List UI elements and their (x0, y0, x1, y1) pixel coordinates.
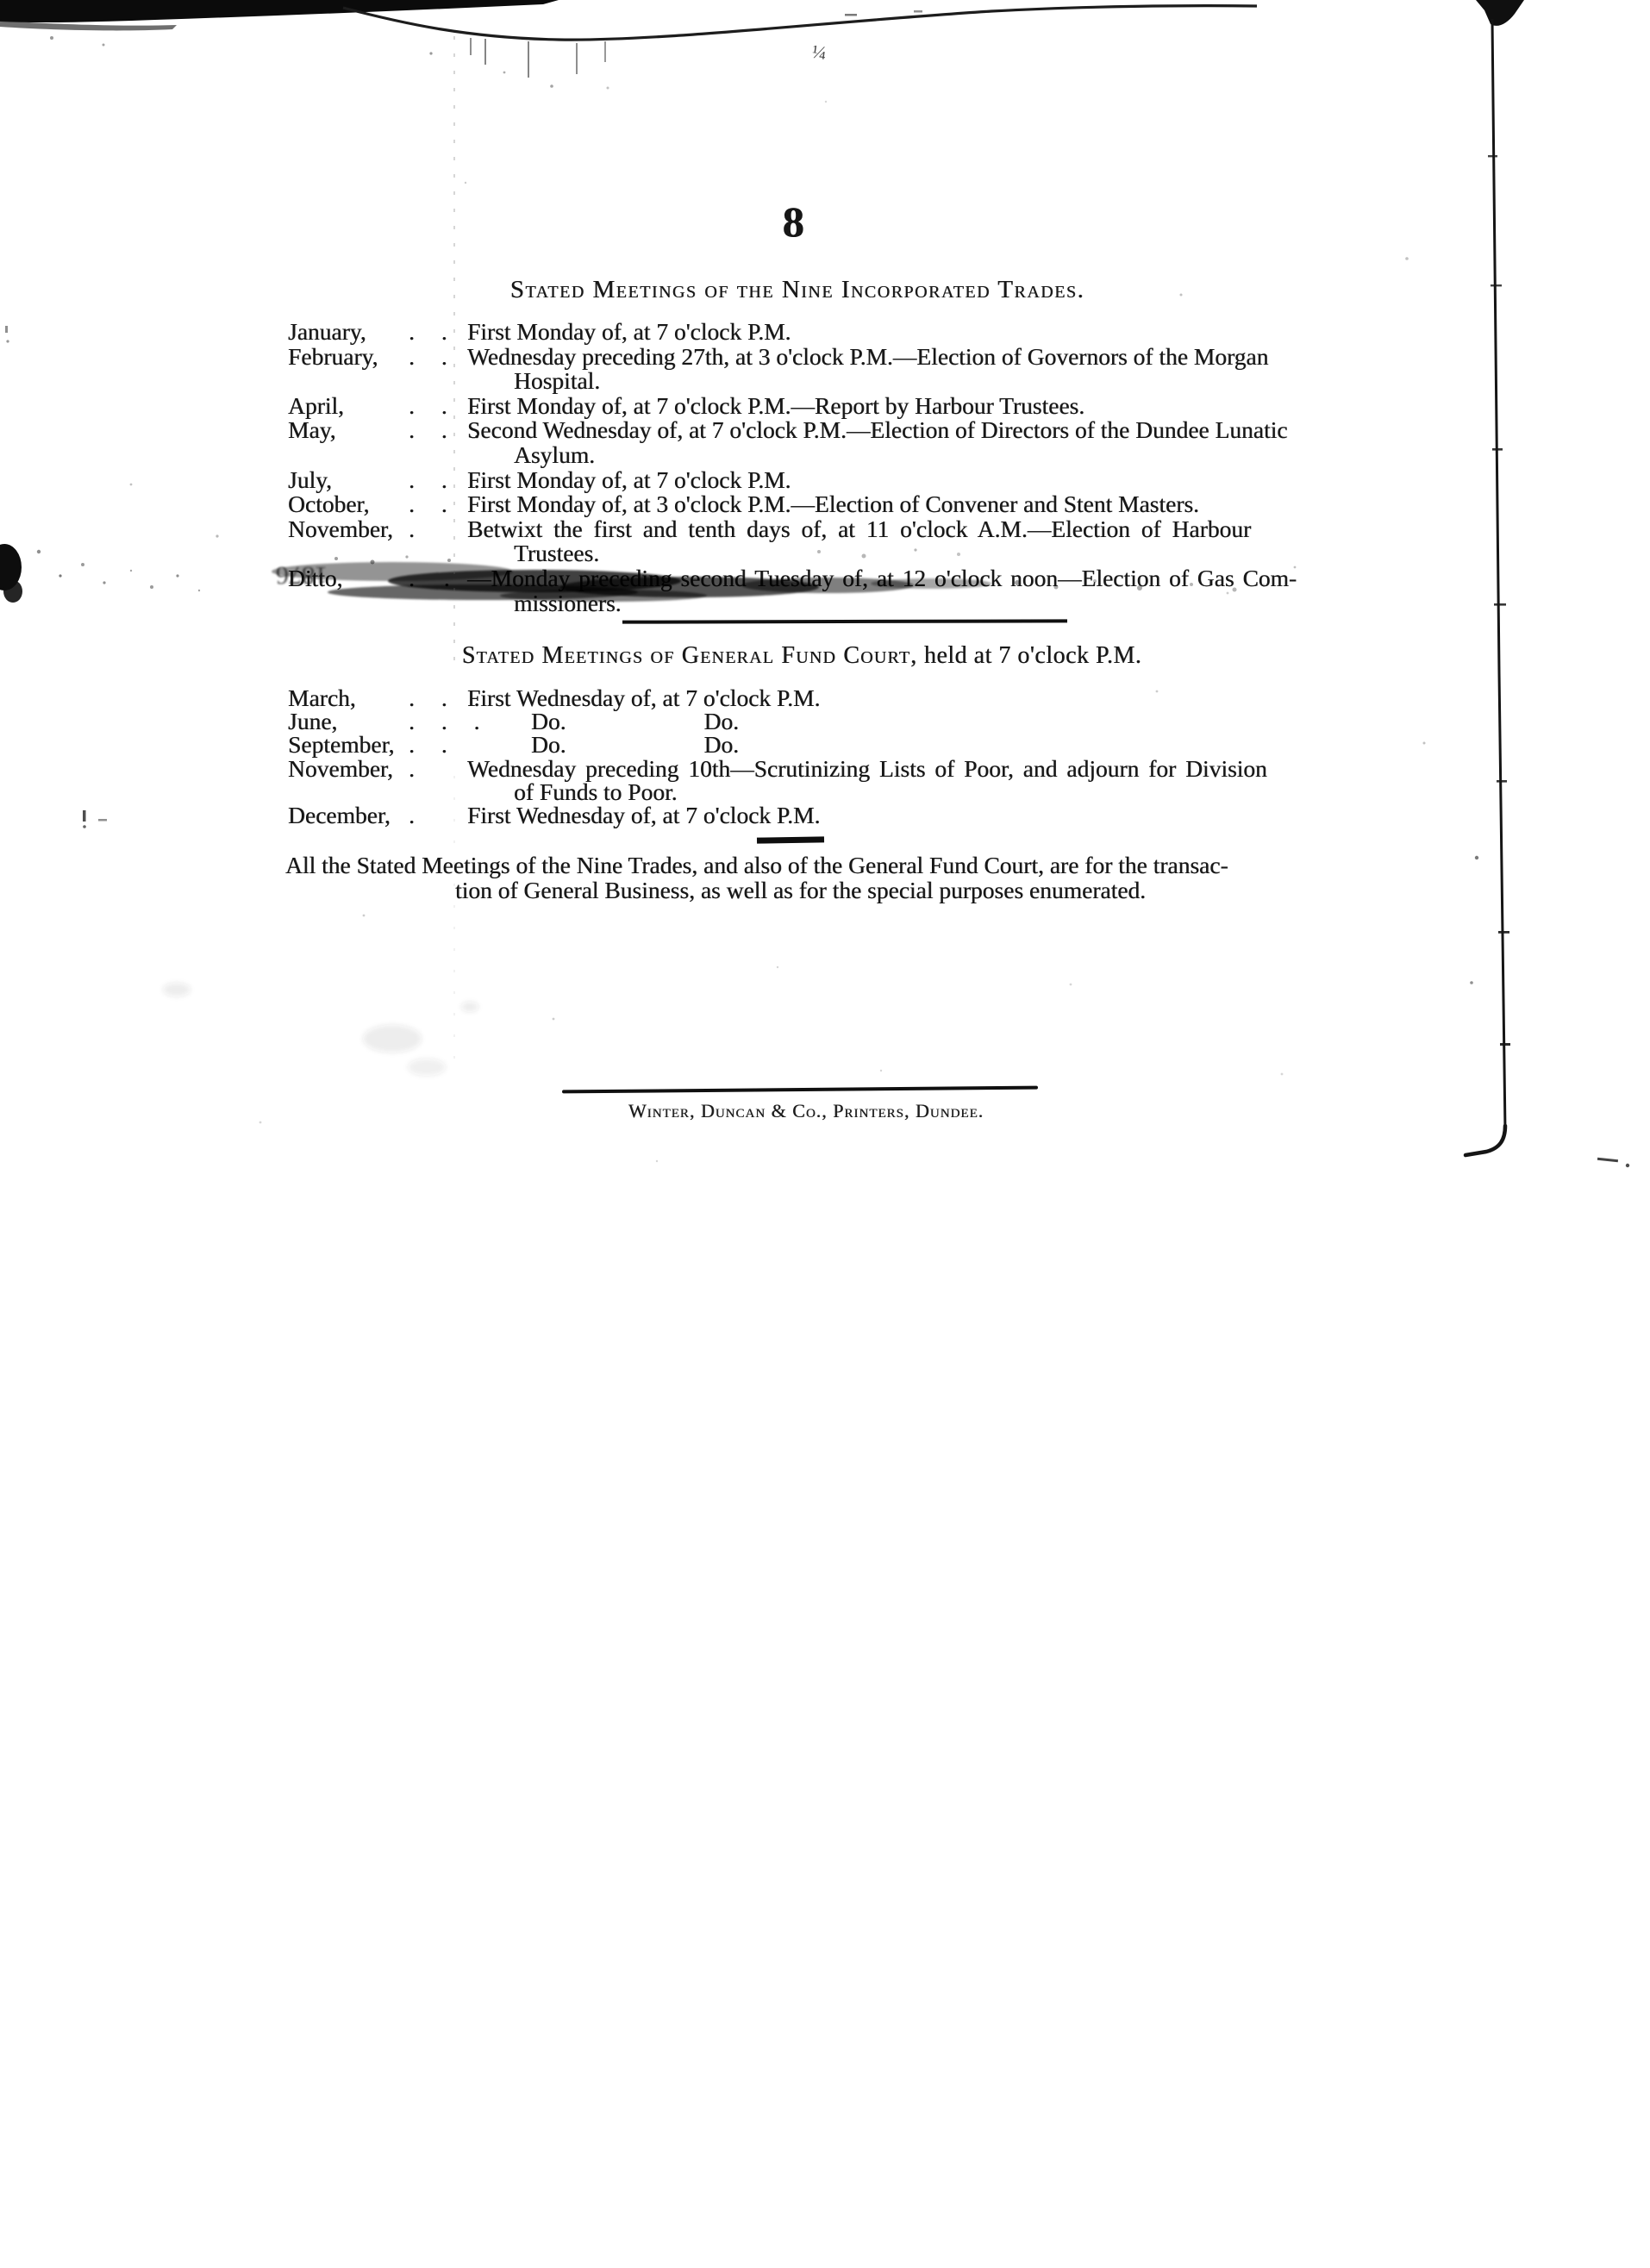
handwritten-mark: ¼ (810, 41, 828, 65)
page-number: 8 (759, 197, 828, 247)
month-label: June, (288, 709, 409, 733)
month-label: December, (288, 803, 409, 827)
continuation-line: Trustees. (288, 541, 1409, 566)
leader-dots: . . (409, 733, 467, 756)
month-label: January, (288, 320, 409, 345)
table-row: November,.Betwixt the first and tenth da… (288, 517, 1409, 542)
month-label: April, (288, 394, 409, 419)
leader-dots: . . (409, 320, 467, 345)
meeting-description: First Monday of, at 7 o'clock P.M. (467, 318, 791, 345)
table-row: April,. . .First Monday of, at 7 o'clock… (288, 394, 1409, 419)
leader-dots: . . . (409, 468, 467, 493)
closing-paragraph-line2: tion of General Business, as well as for… (285, 877, 1316, 904)
month-label: November, (288, 757, 409, 780)
month-label: February, (288, 345, 409, 370)
table-row: February,. .Wednesday preceding 27th, at… (288, 345, 1409, 370)
table-row: Ditto,. .—Monday preceding second Tuesda… (288, 566, 1409, 591)
table-row: September,. .Do.Do. (288, 733, 1409, 756)
meeting-description: First Monday of, at 3 o'clock P.M.—Elect… (467, 490, 1199, 517)
leader-dots: . . (409, 345, 467, 370)
leader-dots: . . . (409, 709, 467, 733)
table-row: October,. .First Monday of, at 3 o'clock… (288, 492, 1409, 517)
meeting-description: Wednesday preceding 10th—Scrutinizing Li… (467, 755, 1267, 782)
scan-artifact-margin-marks (83, 810, 107, 828)
meeting-description: Wednesday preceding 27th, at 3 o'clock P… (467, 343, 1268, 370)
section2-title: Stated Meetings of General Fund Court, h… (345, 642, 1259, 670)
month-label: November, (288, 517, 409, 542)
leader-dots: . . (409, 492, 467, 517)
continuation-text: Trustees. (514, 540, 599, 566)
table-row: June,. . .Do.Do. (288, 709, 1409, 733)
month-label: May, (288, 418, 409, 443)
printer-rule (562, 1086, 1038, 1094)
month-label: July, (288, 468, 409, 493)
fund-court-table: March,. . .First Wednesday of, at 7 o'cl… (288, 686, 1409, 827)
continuation-text: Asylum. (514, 441, 595, 468)
month-label: Ditto, (288, 566, 409, 591)
closing-paragraph-line1: All the Stated Meetings of the Nine Trad… (285, 852, 1228, 879)
table-row: November,.Wednesday preceding 10th—Scrut… (288, 757, 1409, 780)
meeting-description: Second Wednesday of, at 7 o'clock P.M.—E… (467, 416, 1288, 443)
section2-title-caps: Stated Meetings of General Fund Court, (462, 642, 918, 669)
leader-dots: . . . (409, 394, 467, 419)
table-row: March,. . .First Wednesday of, at 7 o'cl… (288, 686, 1409, 709)
leader-dots: . (409, 517, 467, 542)
section1-title: Stated Meetings of the Nine Incorporated… (345, 276, 1250, 304)
continuation-line: of Funds to Poor. (288, 780, 1409, 803)
continuation-text: Hospital. (514, 367, 600, 394)
scan-artifact-top-edge (0, 0, 1257, 88)
scan-artifact-right-crease (1466, 0, 1524, 1155)
meeting-description: First Monday of, at 7 o'clock P.M. (467, 466, 791, 493)
scan-artifact-left-blob (0, 326, 200, 603)
trades-meetings-table: January,. .First Monday of, at 7 o'clock… (288, 320, 1409, 615)
scan-artifact-specks (130, 87, 1426, 1163)
month-label: March, (288, 686, 409, 709)
leader-dots: . (409, 757, 467, 780)
meeting-description: First Wednesday of, at 7 o'clock P.M. (467, 802, 820, 828)
scan-artifact-underline (757, 836, 824, 843)
table-row: May,. . .Second Wednesday of, at 7 o'clo… (288, 418, 1409, 443)
table-row: December,.First Wednesday of, at 7 o'clo… (288, 803, 1409, 827)
scan-artifact-bottom-right-marks (1597, 1158, 1629, 1167)
section2-title-suffix: held at 7 o'clock P.M. (917, 642, 1141, 669)
table-row: July,. . .First Monday of, at 7 o'clock … (288, 468, 1409, 493)
month-label: October, (288, 492, 409, 517)
scanned-document-page: 1876 (0, 0, 1650, 2268)
meeting-description: —Monday preceding second Tuesday of, at … (467, 565, 1297, 591)
continuation-text: missioners. (514, 590, 622, 616)
printer-imprint: Winter, Duncan & Co., Printers, Dundee. (517, 1100, 1095, 1122)
continuation-line: Asylum. (288, 443, 1409, 468)
continuation-line: missioners. (288, 591, 1409, 616)
meeting-description: First Monday of, at 7 o'clock P.M.—Repor… (467, 392, 1084, 419)
table-row: January,. .First Monday of, at 7 o'clock… (288, 320, 1409, 345)
leader-dots: . (409, 803, 467, 827)
month-label: September, (288, 733, 409, 756)
continuation-line: Hospital. (288, 369, 1409, 394)
leader-dots: . . (409, 566, 467, 591)
section-divider-rule (622, 619, 1067, 623)
meeting-description: Betwixt the first and tenth days of, at … (467, 515, 1251, 542)
scan-artifact-grey-smudges (163, 983, 478, 1076)
leader-dots: . . . (409, 418, 467, 443)
leader-dots: . . . (409, 686, 467, 709)
